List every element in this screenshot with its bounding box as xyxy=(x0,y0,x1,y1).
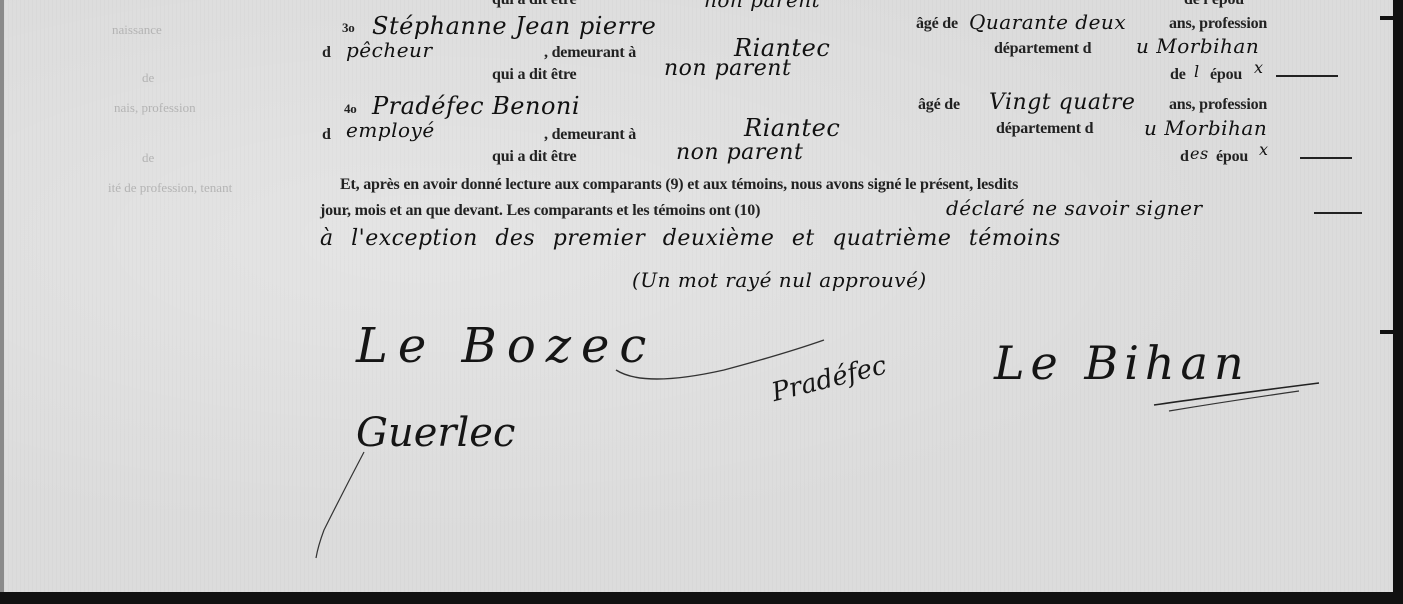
witness-profession: employé xyxy=(346,118,435,142)
demeurant-label: , demeurant à xyxy=(544,126,636,144)
witness-residence: Riantec xyxy=(744,114,840,142)
departement-label: département d xyxy=(994,40,1091,58)
margin-ghost-text: naissance xyxy=(112,22,162,38)
fill-line xyxy=(1300,157,1352,159)
age-label: âgé de xyxy=(918,96,960,114)
witness-profession: pêcheur xyxy=(346,38,433,62)
scan-notch xyxy=(1380,16,1394,20)
scan-notch xyxy=(1380,330,1394,334)
signature-tail xyxy=(304,450,384,560)
demeurant-label: , demeurant à xyxy=(544,44,636,62)
witness-age: Quarante deux xyxy=(969,10,1126,34)
witness-age: Vingt quatre xyxy=(989,90,1135,115)
ans-profession-label: ans, profession xyxy=(1169,96,1267,114)
scan-edge-bottom xyxy=(0,592,1403,604)
ans-profession-label: ans, profession xyxy=(1169,15,1267,33)
closing-exception: à l'exception des premier deuxième et qu… xyxy=(320,226,1061,251)
epou-hand: es xyxy=(1190,144,1209,163)
margin-ghost-text: de xyxy=(142,150,154,166)
witness-number: 3o xyxy=(342,20,355,36)
margin-ghost-text: de xyxy=(142,70,154,86)
top-cut-epou: de l'épou xyxy=(1184,0,1244,9)
margin-ghost-text: ité de profession, tenant xyxy=(108,180,232,196)
fill-line xyxy=(1276,75,1338,77)
document-page: naissance de nais, profession de ité de … xyxy=(0,0,1397,597)
epou-label: épou xyxy=(1210,66,1242,84)
witness-relation: non parent xyxy=(664,56,791,81)
scan-edge-right xyxy=(1393,0,1403,604)
margin-ghost-text: nais, profession xyxy=(114,100,196,116)
closing-declaration: déclaré ne savoir signer xyxy=(946,196,1203,220)
strike-note: (Un mot rayé nul approuvé) xyxy=(632,268,927,292)
top-cut-relation: non parent xyxy=(704,0,820,12)
departement-label: département d xyxy=(996,120,1093,138)
qui-label: qui a dit être xyxy=(492,66,576,84)
epou-suffix: x xyxy=(1254,58,1264,77)
witness-departement: u Morbihan xyxy=(1144,116,1267,140)
d-label: d xyxy=(322,44,331,62)
age-label: âgé de xyxy=(916,15,958,33)
closing-line-1: Et, après en avoir donné lecture aux com… xyxy=(340,176,1018,194)
d-label: d xyxy=(322,126,331,144)
qui-label: qui a dit être xyxy=(492,148,576,166)
epou-hand: l xyxy=(1194,62,1200,81)
witness-name: Stéphanne Jean pierre xyxy=(372,12,656,40)
epou-label: épou xyxy=(1216,148,1248,166)
fill-line xyxy=(1314,212,1362,214)
top-cut-printed: qui a dit être xyxy=(492,0,576,9)
epou-prefix: de xyxy=(1170,66,1186,84)
closing-line-2: jour, mois et an que devant. Les compara… xyxy=(320,202,760,220)
epou-suffix: x xyxy=(1259,140,1269,159)
signature-underline xyxy=(1149,375,1329,415)
witness-name: Pradéfec Benoni xyxy=(372,92,580,120)
epou-prefix: d xyxy=(1180,148,1189,166)
witness-relation: non parent xyxy=(676,140,803,165)
witness-departement: u Morbihan xyxy=(1136,34,1259,58)
witness-number: 4o xyxy=(344,101,357,117)
